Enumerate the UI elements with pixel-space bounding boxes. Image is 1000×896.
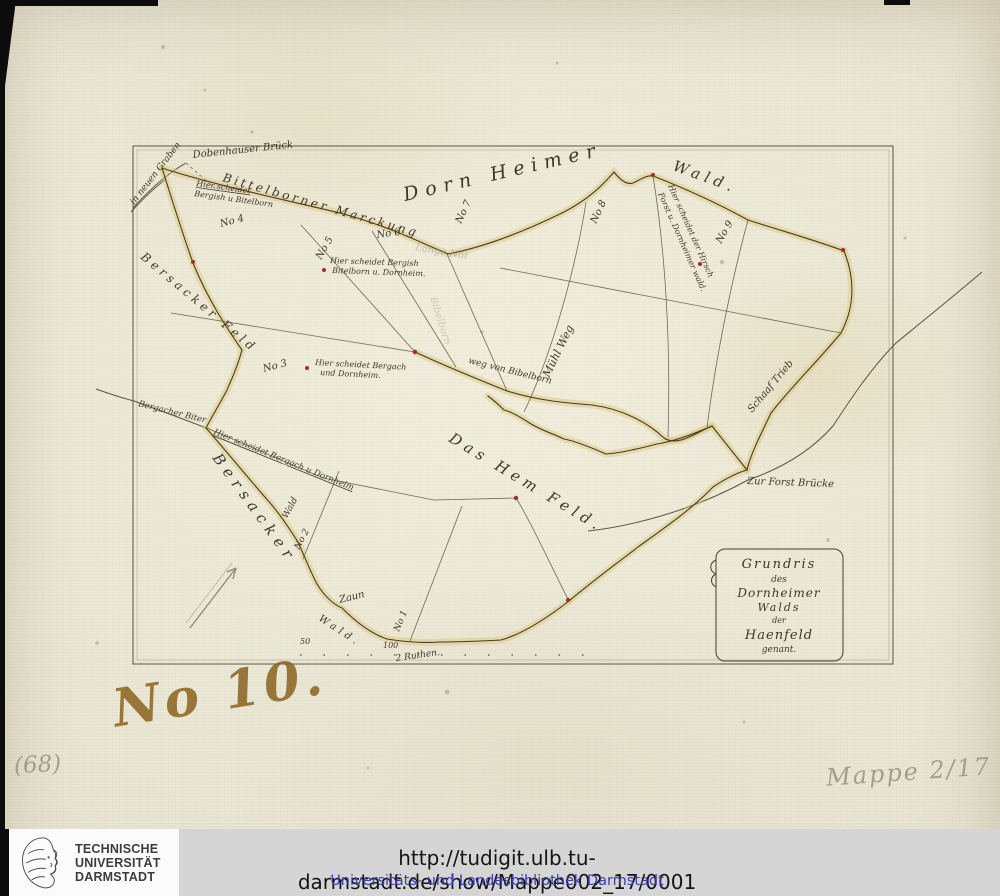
map-label-dornheimer: Dorn Heimer <box>400 139 604 206</box>
pencil-note-68: (68) <box>13 751 62 779</box>
map-label-zaun: Zaun <box>337 589 366 606</box>
section-no-3: No 3 <box>261 358 288 375</box>
footer-edge <box>0 829 9 896</box>
tu-darmstadt-panel: TECHNISCHE UNIVERSITÄT DARMSTADT <box>9 829 179 896</box>
cartouche-line-4: Walds <box>757 601 800 614</box>
cartouche-line-2: des <box>771 575 787 585</box>
caption-panel: http://tudigit.ulb.tu-darmstadt.de/show/… <box>179 829 1000 896</box>
map-label-schaaf-trieb: Schaaf Trieb <box>746 358 796 415</box>
cartouche-line-7: genant. <box>762 645 797 655</box>
map-scale-50: 50 <box>300 637 310 646</box>
map-label-bergacher-biter: Bergacher Biter <box>136 399 208 426</box>
map-label-dobenhauser-brueck: Dobenhauser Brück <box>191 139 293 161</box>
map-label-hier-bergach-2: und Dornheim. <box>320 368 381 380</box>
map-scale-100: 100 <box>383 641 398 650</box>
section-no-1: No 1 <box>392 609 410 634</box>
cartouche-line-5: der <box>772 616 787 625</box>
cartouche-line-1: Grundris <box>742 557 817 572</box>
cartouche-line-3: Dornheimer <box>736 586 820 600</box>
section-no-4: No 4 <box>218 213 245 230</box>
section-no-2-wald: Wald <box>281 496 300 521</box>
wordmark-line-2: UNIVERSITÄT <box>75 856 161 870</box>
map-label-muehl-weg: Mühl Weg <box>540 323 577 380</box>
map-label-bersacker-feld: Bersacker Feld <box>137 249 260 355</box>
boundary-marker-dots <box>191 173 845 602</box>
section-number-labels: No 1 Wald No 2 No 3 No 4 No 5 No 6 No 7 … <box>218 198 736 634</box>
title-cartouche: Grundris des Dornheimer Walds der Haenfe… <box>711 549 843 661</box>
north-arrow <box>186 563 236 628</box>
tu-darmstadt-wordmark: TECHNISCHE UNIVERSITÄT DARMSTADT <box>75 842 161 884</box>
library-link[interactable]: Universitäts- und Landesbibliothek Darms… <box>217 873 777 889</box>
map-label-lange-not-pencil: Lange Not <box>413 242 469 262</box>
map-label-bibelborn-pencil: Bibelborn <box>427 295 453 347</box>
section-no-9: No 9 <box>714 218 737 246</box>
section-no-7: No 7 <box>453 198 474 226</box>
footer-bar: TECHNISCHE UNIVERSITÄT DARMSTADT http://… <box>0 829 1000 896</box>
map-label-hier-mid-2: Bitelborn u. Dornheim. <box>331 266 426 278</box>
section-no-6: No 6 <box>375 227 402 242</box>
wordmark-line-1: TECHNISCHE <box>75 842 161 856</box>
map-scale-ruthen: 2 Ruthen. <box>394 648 441 664</box>
cartouche-line-6: Haenfeld <box>744 628 813 643</box>
map-label-zur-forst-bruecke: Zur Forst Brücke <box>746 476 834 490</box>
tu-darmstadt-athena-logo-icon <box>15 834 71 892</box>
digitized-map-page: { "archival": { "no10": "No 10.", "penci… <box>0 0 1000 896</box>
wordmark-line-3: DARMSTADT <box>75 870 161 884</box>
section-no-8: No 8 <box>588 199 609 227</box>
